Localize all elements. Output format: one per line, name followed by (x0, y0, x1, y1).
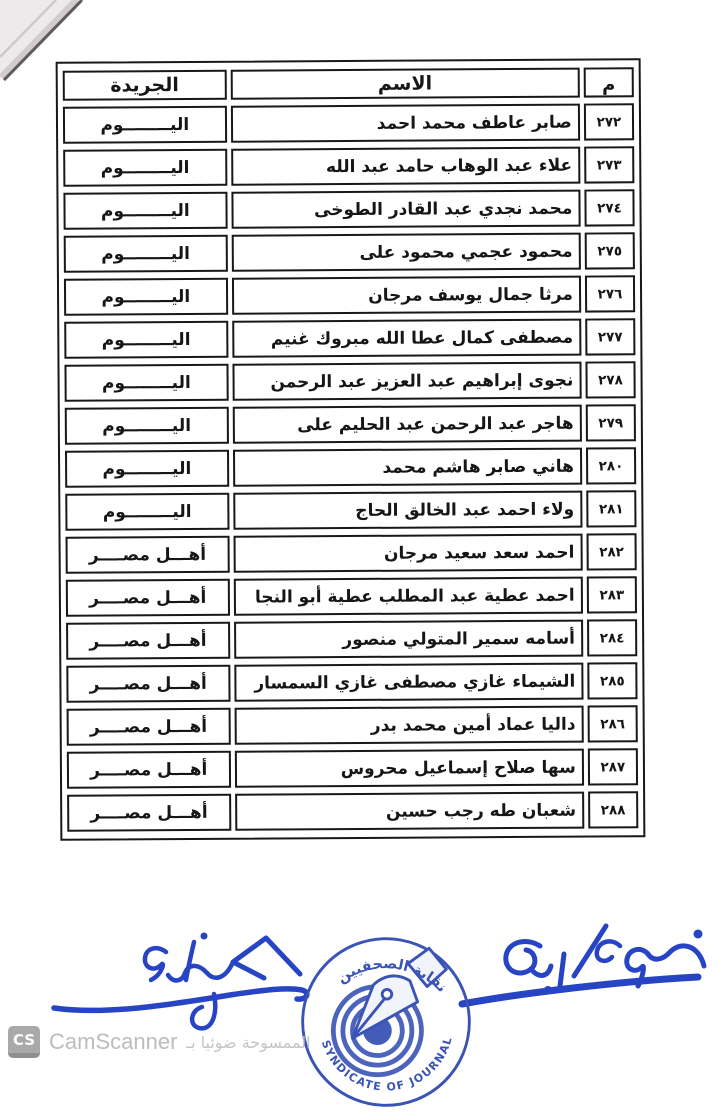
member-name: احمد سعد سعيد مرجان (233, 534, 582, 573)
header-name: الاسم (230, 68, 579, 100)
table-row: ٢٧٩ هاجر عبد الرحمن عبد الحليم على اليــ… (65, 404, 636, 444)
newspaper-name: أهـــل مصــــر (66, 665, 230, 703)
table-row: ٢٨٦ داليا عماد أمين محمد بدر أهـــل مصــ… (67, 705, 638, 745)
row-number: ٢٨٣ (587, 576, 637, 613)
row-number: ٢٨٠ (586, 447, 636, 484)
newspaper-name: أهـــل مصــــر (66, 536, 230, 574)
member-name: سها صلاح إسماعيل محروس (234, 749, 583, 788)
row-number: ٢٨٦ (587, 705, 637, 742)
header-newspaper: الجريدة (63, 70, 227, 101)
newspaper-name: اليــــــــوم (63, 106, 227, 144)
table-row: ٢٧٣ علاء عبد الوهاب حامد عبد الله اليـــ… (63, 146, 634, 186)
table-row: ٢٧٧ مصطفى كمال عطا الله مبروك غنيم اليــ… (64, 318, 635, 358)
scanned-document-page: { "colors":{ "table_border":"#181818", "… (0, 0, 722, 1119)
table-row: ٢٨٨ شعبان طه رجب حسين أهـــل مصــــر (67, 791, 638, 831)
member-name: محمود عجمي محمود على (231, 233, 580, 272)
row-number: ٢٨٢ (586, 533, 636, 570)
newspaper-name: اليــــــــوم (65, 407, 229, 445)
member-name: داليا عماد أمين محمد بدر (234, 706, 583, 745)
fold-crease-inner (0, 0, 56, 57)
newspaper-name: اليــــــــوم (65, 450, 229, 488)
table-row: ٢٨٥ الشيماء غازي مصطفى غازي السمسار أهــ… (66, 662, 637, 702)
row-number: ٢٧٤ (584, 189, 634, 226)
syndicate-stamp: نقابة الصحفيين SYNDICATE OF JOURNALISTS (291, 931, 481, 1113)
member-name: ولاء احمد عبد الخالق الحاج (233, 491, 582, 530)
row-number: ٢٧٩ (586, 404, 636, 441)
member-name: مصطفى كمال عطا الله مبروك غنيم (232, 319, 581, 358)
camscanner-arabic-label: الممسوحة ضوئيا بـ (186, 1033, 310, 1052)
newspaper-name: اليــــــــوم (64, 235, 228, 273)
table-row: ٢٧٤ محمد نجدي عبد القادر الطوخى اليـــــ… (63, 189, 634, 229)
newspaper-name: أهـــل مصــــر (66, 622, 230, 660)
header-row: م الاسم الجريدة (63, 67, 634, 100)
member-name: هاجر عبد الرحمن عبد الحليم على (232, 405, 581, 444)
table-row: ٢٧٢ صابر عاطف محمد احمد اليــــــــوم (63, 103, 634, 143)
row-number: ٢٧٦ (585, 275, 635, 312)
member-name: علاء عبد الوهاب حامد عبد الله (231, 147, 580, 186)
camscanner-brand: CamScanner (49, 1029, 177, 1055)
row-number: ٢٨٧ (588, 748, 638, 785)
roster-table-frame: م الاسم الجريدة ٢٧٢ صابر عاطف محمد احمد … (56, 58, 646, 841)
newspaper-name: اليــــــــوم (64, 364, 228, 402)
row-number: ٢٧٥ (585, 232, 635, 269)
newspaper-name: اليــــــــوم (63, 149, 227, 187)
newspaper-name: أهـــل مصــــر (67, 751, 231, 789)
row-number: ٢٧٣ (584, 146, 634, 183)
newspaper-name: اليــــــــوم (64, 321, 228, 359)
table-row: ٢٨١ ولاء احمد عبد الخالق الحاج اليــــــ… (65, 490, 636, 530)
member-name: صابر عاطف محمد احمد (230, 104, 579, 143)
newspaper-name: اليــــــــوم (63, 192, 227, 230)
header-number: م (583, 67, 633, 97)
table-row: ٢٧٥ محمود عجمي محمود على اليــــــــوم (64, 232, 635, 272)
row-number: ٢٧٨ (585, 361, 635, 398)
member-name: شعبان طه رجب حسين (235, 792, 584, 831)
member-name: أسامه سمير المتولي منصور (234, 620, 583, 659)
table-row: ٢٧٦ مرثا جمال يوسف مرجان اليــــــــوم (64, 275, 635, 315)
table-row: ٢٨٧ سها صلاح إسماعيل محروس أهـــل مصــــ… (67, 748, 638, 788)
member-name: احمد عطية عبد المطلب عطية أبو النجا (233, 577, 582, 616)
newspaper-name: أهـــل مصــــر (66, 579, 230, 617)
member-name: نجوى إبراهيم عبد العزيز عبد الرحمن (232, 362, 581, 401)
newspaper-name: أهـــل مصــــر (67, 708, 231, 746)
table-row: ٢٧٨ نجوى إبراهيم عبد العزيز عبد الرحمن ا… (64, 361, 635, 401)
member-name: مرثا جمال يوسف مرجان (232, 276, 581, 315)
row-number: ٢٨٨ (588, 791, 638, 828)
row-number: ٢٨٥ (587, 662, 637, 699)
roster-body: ٢٧٢ صابر عاطف محمد احمد اليــــــــوم ٢٧… (63, 103, 638, 831)
row-number: ٢٨١ (586, 490, 636, 527)
member-name: محمد نجدي عبد القادر الطوخى (231, 190, 580, 229)
newspaper-name: اليــــــــوم (64, 278, 228, 316)
row-number: ٢٧٧ (585, 318, 635, 355)
newspaper-name: أهـــل مصــــر (67, 794, 231, 832)
table-row: ٢٨٤ أسامه سمير المتولي منصور أهـــل مصــ… (66, 619, 637, 659)
camscanner-logo-icon: CS (8, 1026, 40, 1058)
table-row: ٢٨٢ احمد سعد سعيد مرجان أهـــل مصــــر (66, 533, 637, 573)
member-name: هاني صابر هاشم محمد (233, 448, 582, 487)
row-number: ٢٨٤ (587, 619, 637, 656)
roster-table: م الاسم الجريدة ٢٧٢ صابر عاطف محمد احمد … (59, 61, 643, 838)
table-row: ٢٨٠ هاني صابر هاشم محمد اليــــــــوم (65, 447, 636, 487)
table-row: ٢٨٣ احمد عطية عبد المطلب عطية أبو النجا … (66, 576, 637, 616)
signature-right (442, 918, 722, 1023)
row-number: ٢٧٢ (584, 103, 634, 140)
member-name: الشيماء غازي مصطفى غازي السمسار (234, 663, 583, 702)
newspaper-name: اليــــــــوم (65, 493, 229, 531)
camscanner-watermark: CS CamScanner الممسوحة ضوئيا بـ (8, 1026, 311, 1058)
